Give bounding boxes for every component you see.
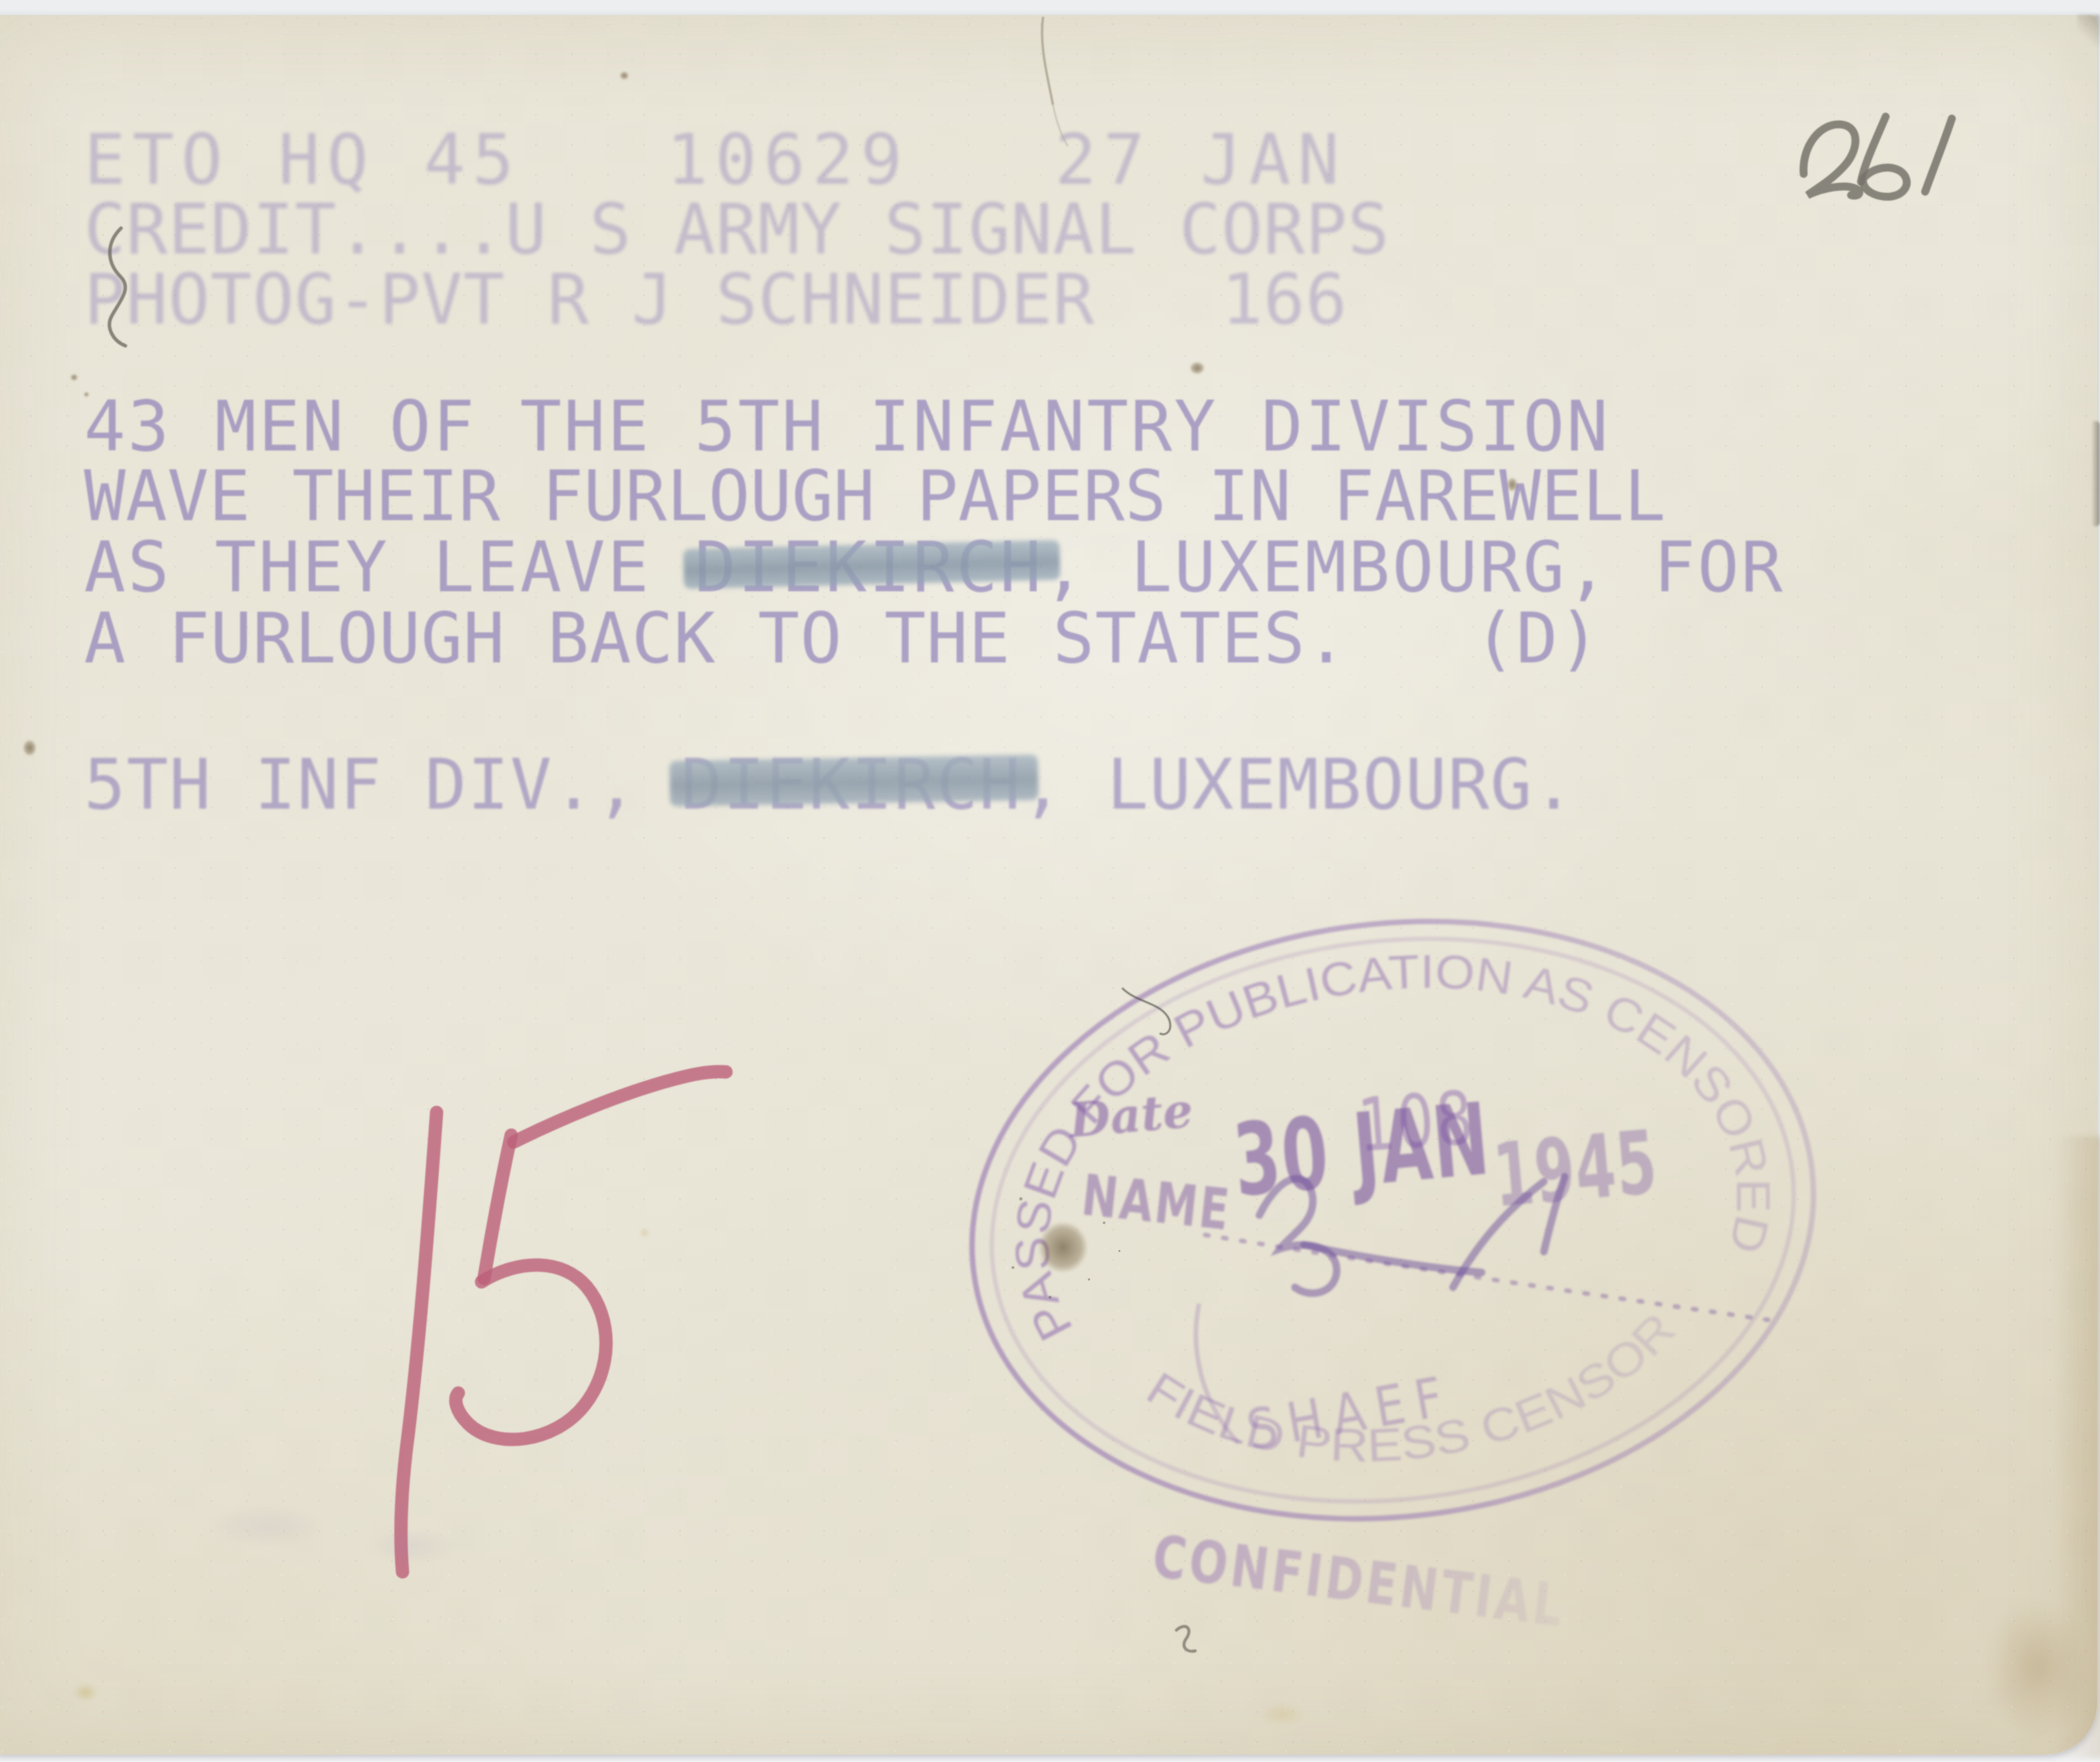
crayon-number-15: [401, 1072, 726, 1572]
hair-fibre: [1122, 988, 1170, 1034]
pencil-curl-bottom: [1176, 1627, 1195, 1651]
paper-crease: [1042, 17, 1053, 105]
paper-edge-shadow-right: [2091, 421, 2100, 527]
pencil-squiggle-left: [110, 228, 125, 346]
pencil-number-261: [1804, 117, 1952, 197]
scanned-photo-verso: { "document": { "archive_number": "261",…: [0, 0, 2100, 1762]
handwritten-marks-layer: [0, 0, 2100, 1762]
paper-edge-toning-right: [2055, 1136, 2100, 1759]
paper-crease-faint: [1053, 105, 1068, 146]
paper-corner-wear-top-right: [2077, 15, 2100, 46]
